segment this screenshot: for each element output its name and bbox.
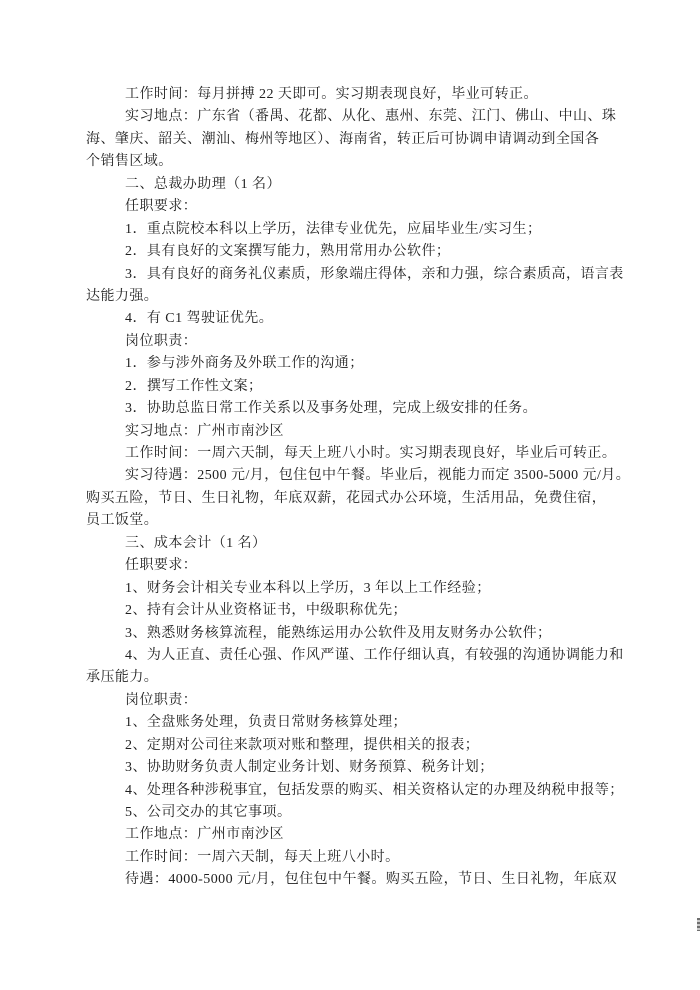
doc-line-work-time-2: 工作时间：一周六天制，每天上班八小时。实习期表现良好，毕业后可转正。 [86, 443, 616, 465]
doc-line-work-time-3: 工作时间：一周六天制，每天上班八小时。 [86, 847, 616, 869]
doc-heading-position-3: 三、成本会计（1 名） [86, 533, 616, 555]
doc-line: 承压能力。 [86, 667, 616, 689]
doc-line-duty-3b: 3、协助财务负责人制定业务计划、财务预算、税务计划； [86, 757, 616, 779]
doc-line-duty-2: 2．撰写工作性文案； [86, 376, 616, 398]
doc-line-work-time: 工作时间：每月拼搏 22 天即可。实习期表现良好，毕业可转正。 [86, 84, 616, 106]
doc-heading-position-2: 二、总裁办助理（1 名） [86, 174, 616, 196]
doc-line-duty-3: 3．协助总监日常工作关系以及事务处理，完成上级安排的任务。 [86, 398, 616, 420]
doc-line-duty-1: 1．参与涉外商务及外联工作的沟通； [86, 353, 616, 375]
doc-line-requirement-2b: 2、持有会计从业资格证书，中级职称优先； [86, 600, 616, 622]
doc-line-duty-2b: 2、定期对公司往来款项对账和整理，提供相关的报表； [86, 735, 616, 757]
doc-line-requirement-1: 1．重点院校本科以上学历，法律专业优先，应届毕业生/实习生； [86, 219, 616, 241]
doc-line: 员工饭堂。 [86, 510, 616, 532]
doc-line: 达能力强。 [86, 286, 616, 308]
doc-line-work-location: 工作地点：广州市南沙区 [86, 824, 616, 846]
doc-line-duty-1b: 1、全盘账务处理，负责日常财务核算处理； [86, 712, 616, 734]
doc-line-requirement-1b: 1、财务会计相关专业本科以上学历，3 年以上工作经验； [86, 578, 616, 600]
doc-line: 个销售区域。 [86, 151, 616, 173]
document-text-block: 工作时间：每月拼搏 22 天即可。实习期表现良好，毕业可转正。 实习地点：广东省… [86, 84, 616, 892]
doc-line: 购买五险，节日、生日礼物，年底双薪，花园式办公环境，生活用品，免费住宿， [86, 488, 616, 510]
doc-label-requirements-2: 任职要求： [86, 555, 616, 577]
doc-line-intern-salary: 实习待遇：2500 元/月，包住包中午餐。毕业后，视能力而定 3500-5000… [86, 465, 616, 487]
doc-line: 海、肇庆、韶关、潮汕、梅州等地区）、海南省，转正后可协调申请调动到全国各 [86, 129, 616, 151]
doc-label-requirements: 任职要求： [86, 196, 616, 218]
doc-line-duty-4b: 4、处理各种涉税事宜，包括发票的购买、相关资格认定的办理及纳税申报等； [86, 780, 616, 802]
doc-line-salary: 待遇：4000-5000 元/月，包住包中午餐。购买五险，节日、生日礼物，年底双 [86, 869, 616, 891]
doc-line-intern-location: 实习地点：广东省（番禺、花都、从化、惠州、东莞、江门、佛山、中山、珠 [86, 106, 616, 128]
doc-label-duties: 岗位职责： [86, 331, 616, 353]
doc-line-requirement-4b: 4、为人正直、责任心强、作风严谨、工作仔细认真，有较强的沟通协调能力和 [86, 645, 616, 667]
document-page: 工作时间：每月拼搏 22 天即可。实习期表现良好，毕业可转正。 实习地点：广东省… [0, 0, 700, 990]
doc-line-requirement-3: 3．具有良好的商务礼仪素质，形象端庄得体，亲和力强，综合素质高，语言表 [86, 264, 616, 286]
doc-line-intern-location-2: 实习地点：广州市南沙区 [86, 421, 616, 443]
doc-line-requirement-4: 4．有 C1 驾驶证优先。 [86, 308, 616, 330]
doc-line-requirement-3b: 3、熟悉财务核算流程，能熟练运用办公软件及用友财务办公软件； [86, 623, 616, 645]
doc-line-requirement-2: 2．具有良好的文案撰写能力，熟用常用办公软件； [86, 241, 616, 263]
doc-line-duty-5b: 5、公司交办的其它事项。 [86, 802, 616, 824]
doc-label-duties-2: 岗位职责： [86, 690, 616, 712]
